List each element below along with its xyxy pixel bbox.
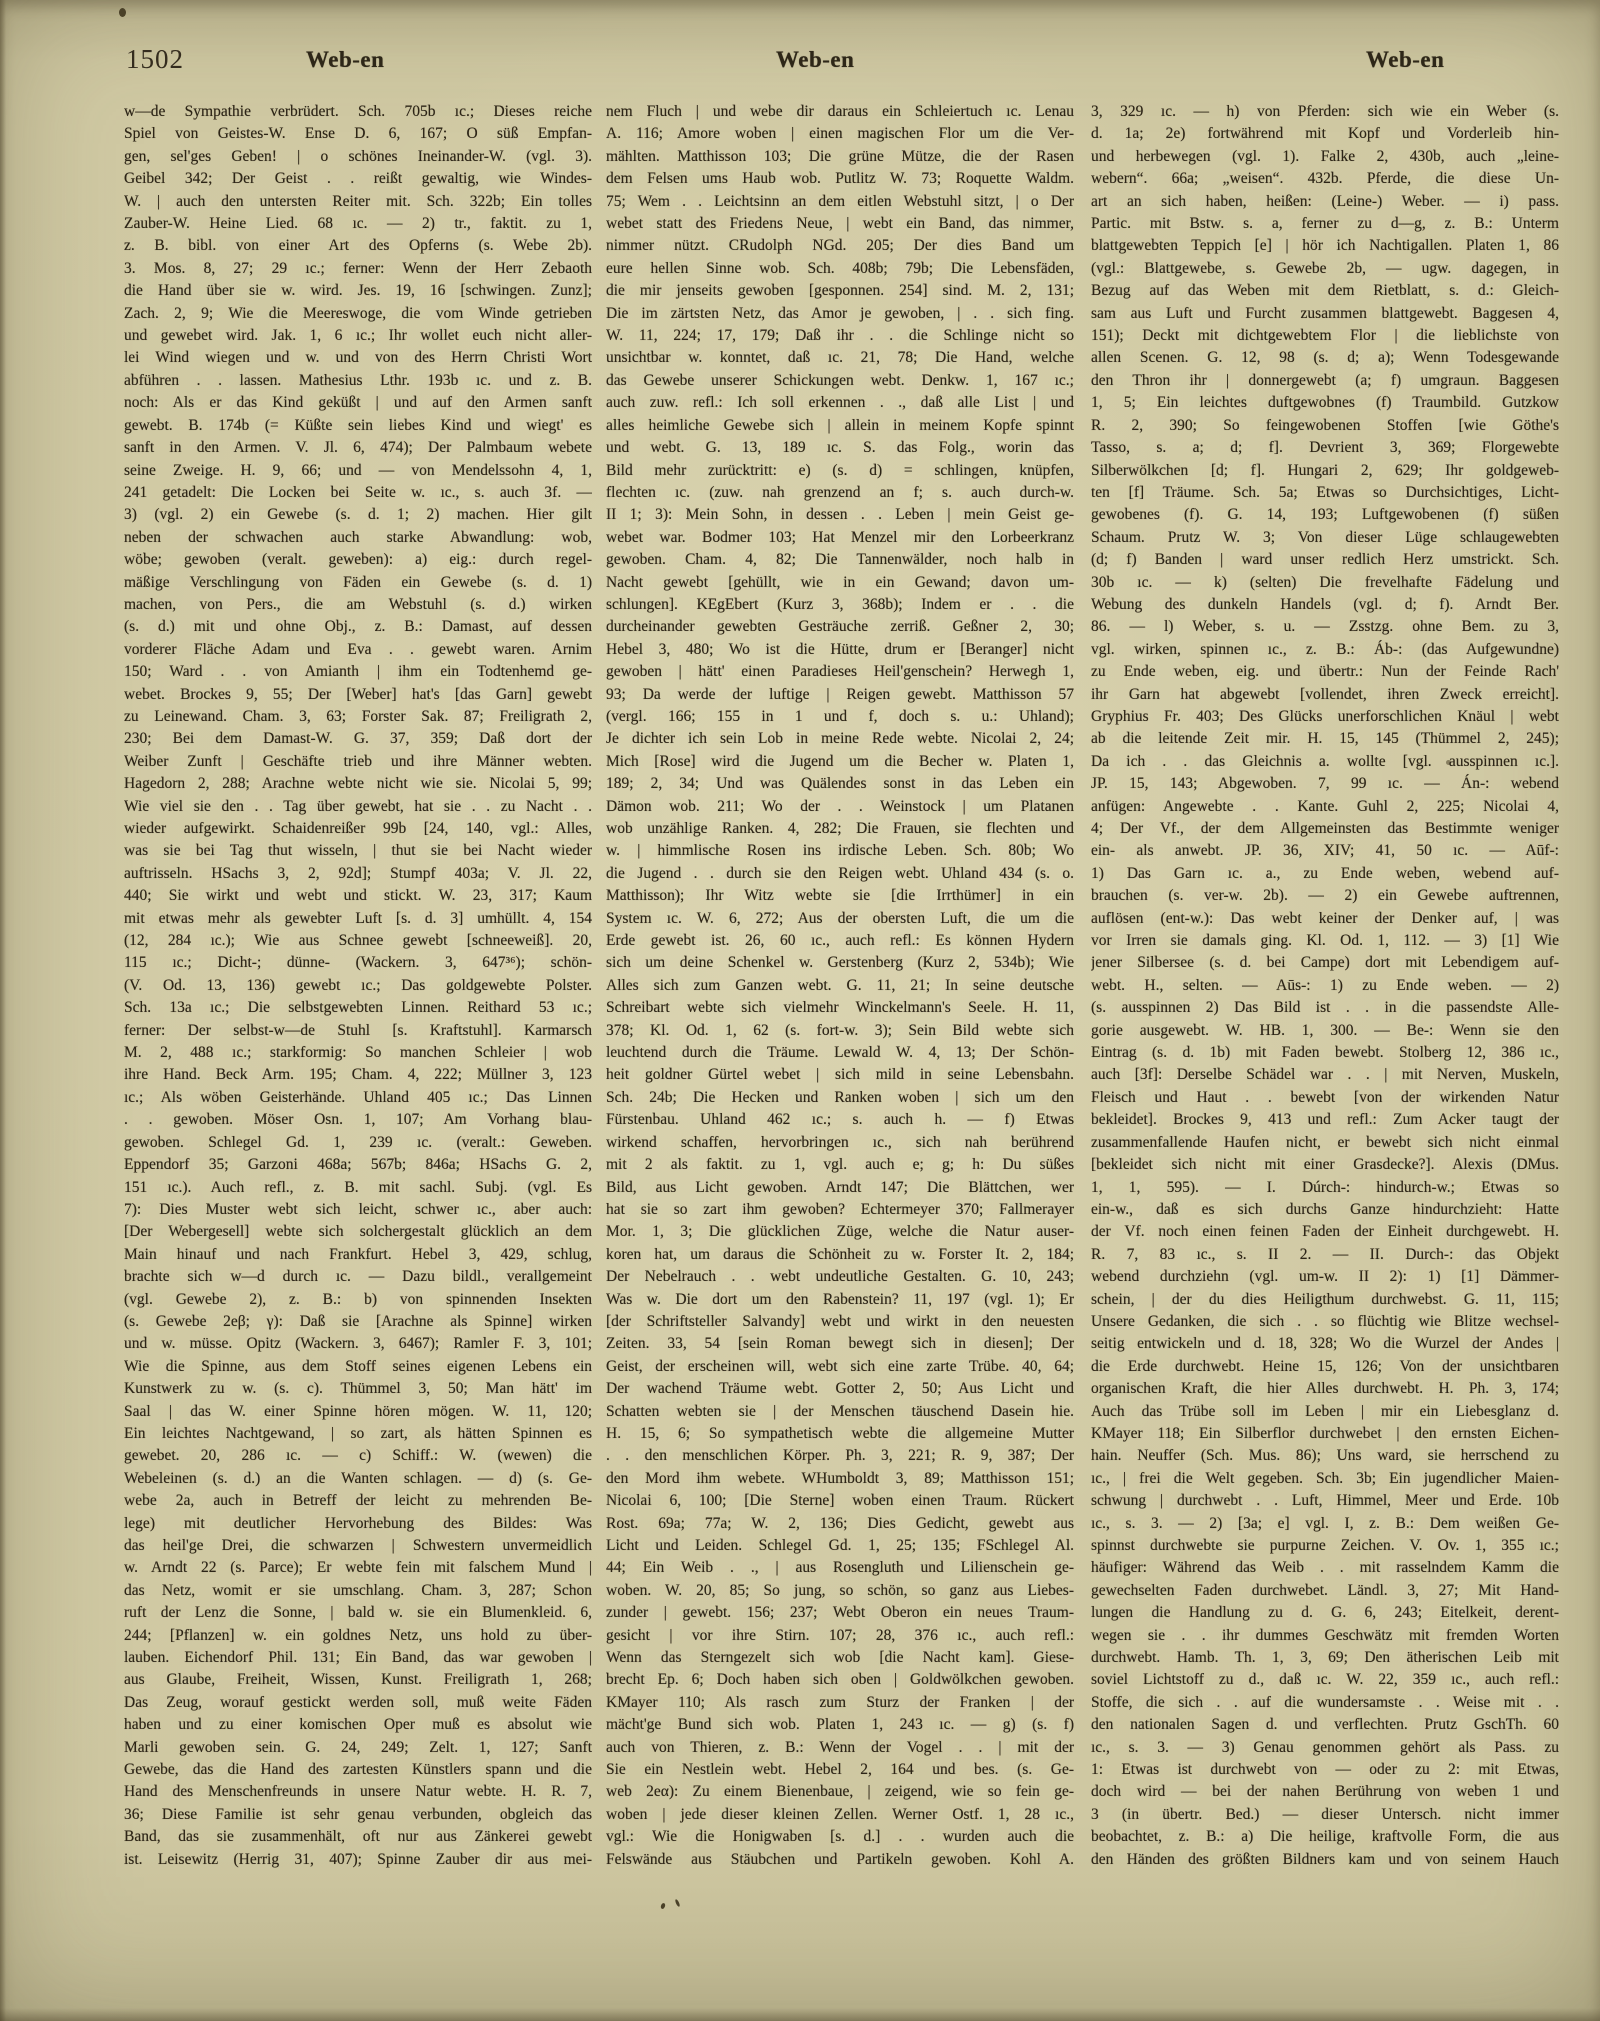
text-line: machen, von Pers., die am Webstuhl (s. d… bbox=[124, 594, 592, 616]
text-line: woben | jede dieser kleinen Zellen. Wern… bbox=[606, 1804, 1074, 1826]
text-line: (d; f) Banden | ward unser redlich Herz … bbox=[1091, 549, 1559, 571]
text-line: und gewebet wird. Jak. 1, 6 ıc.; Ihr wol… bbox=[124, 325, 592, 347]
text-line: sanft in den Armen. V. Jl. 6, 474); Der … bbox=[124, 437, 592, 459]
scan-speck bbox=[660, 1902, 666, 1909]
text-line: vorderer Fläche Adam und Eva . . gewebt … bbox=[124, 639, 592, 661]
text-line: z. B. bibl. von einer Art des Opferns (s… bbox=[124, 235, 592, 257]
text-line: dem Felsen ums Haub wob. Putlitz W. 73; … bbox=[606, 168, 1074, 190]
text-line: was sie bei Tag thut wisseln, | thut sie… bbox=[124, 840, 592, 862]
running-title-col3: Web-en bbox=[1366, 47, 1444, 73]
text-line: (s. Gewebe 2eβ; γ): Daß sie [Arachne als… bbox=[124, 1311, 592, 1333]
text-line: häufiger: Während das Weib . . mit rasse… bbox=[1091, 1557, 1559, 1579]
text-line: die Jugend . . durch sie den Reigen webt… bbox=[606, 863, 1074, 885]
text-line: koren hat, um daraus die Schönheit zu w.… bbox=[606, 1244, 1074, 1266]
text-line: Kunstwerk zu w. (s. c). Thümmel 3, 50; M… bbox=[124, 1378, 592, 1400]
text-line: 440; Sie wirkt und webt und stickt. W. 2… bbox=[124, 885, 592, 907]
text-line: allen Scenen. G. 12, 98 (s. d; a); Wenn … bbox=[1091, 347, 1559, 369]
text-line: Fürstenbau. Uhland 462 ıc.; s. auch h. —… bbox=[606, 1109, 1074, 1131]
text-line: Bezug auf das Weben mit dem Rietblatt, s… bbox=[1091, 280, 1559, 302]
text-line: mächt'ge Bund sich wob. Platen 1, 243 ıc… bbox=[606, 1714, 1074, 1736]
text-line: die Hand über sie w. wird. Jes. 19, 16 [… bbox=[124, 280, 592, 302]
text-line: 150; Ward . . von Amianth | ihm ein Todt… bbox=[124, 661, 592, 683]
text-line: sam aus Luft und Furcht zusammen blattge… bbox=[1091, 303, 1559, 325]
text-line: flechten ıc. (zuw. nah grenzend an f; s.… bbox=[606, 482, 1074, 504]
text-line: Sie ein Nestlein webt. Hebel 2, 164 und … bbox=[606, 1759, 1074, 1781]
text-line: heit goldner Gürtel webet | sich mild in… bbox=[606, 1064, 1074, 1086]
text-line: schein, | der du dies Heiligthum durchwe… bbox=[1091, 1289, 1559, 1311]
text-line: art an sich haben, heißen: (Leine-) Webe… bbox=[1091, 191, 1559, 213]
running-title-col2: Web-en bbox=[776, 47, 854, 73]
text-line: schwung | durchwebt . . Luft, Himmel, Me… bbox=[1091, 1490, 1559, 1512]
text-line: Wenn das Sterngezelt sich wob [die Nacht… bbox=[606, 1647, 1074, 1669]
text-line: auch [3f]: Derselbe Schädel war . . | mi… bbox=[1091, 1064, 1559, 1086]
text-line: 3, 329 ıc. — h) von Pferden: sich wie ei… bbox=[1091, 101, 1559, 123]
text-line: und webt. G. 13, 189 ıc. S. das Folg., w… bbox=[606, 437, 1074, 459]
text-line: leuchtend durch die Träume. Lewald W. 4,… bbox=[606, 1042, 1074, 1064]
text-line: vor Irren sie damals ging. Kl. Od. 1, 11… bbox=[1091, 930, 1559, 952]
text-line: 151); Deckt mit dichtgewebtem Flor | die… bbox=[1091, 325, 1559, 347]
scan-speck bbox=[674, 1899, 680, 1908]
text-line: durchwebt. Hamb. Th. 1, 3, 69; Den äther… bbox=[1091, 1647, 1559, 1669]
text-line: w. Arndt 22 (s. Parce); Er webte fein mi… bbox=[124, 1557, 592, 1579]
text-line: R. 2, 390; So feingewobenen Stoffen [wie… bbox=[1091, 415, 1559, 437]
text-line: 36; Diese Familie ist sehr genau verbund… bbox=[124, 1804, 592, 1826]
text-line: 93; Da werde der luftige | Reigen gewebt… bbox=[606, 684, 1074, 706]
text-line: mäßige Verschlingung von Fäden ein Geweb… bbox=[124, 572, 592, 594]
text-line: mit 2 als faktit. zu 1, vgl. auch e; g; … bbox=[606, 1154, 1074, 1176]
text-line: zu Leinewand. Cham. 3, 63; Forster Sak. … bbox=[124, 706, 592, 728]
text-line: abführen . . lassen. Mathesius Lthr. 193… bbox=[124, 370, 592, 392]
text-line: alles heimliche Gewebe sich | allein in … bbox=[606, 415, 1074, 437]
text-line: Dämon wob. 211; Wo der . . Weinstock | u… bbox=[606, 796, 1074, 818]
text-line: Gewebe, das die Hand des zartesten Künst… bbox=[124, 1759, 592, 1781]
text-line: [bekleidet sich nicht mit einer Grasdeck… bbox=[1091, 1154, 1559, 1176]
text-line: w. | himmlische Rosen ins irdische Leben… bbox=[606, 840, 1074, 862]
text-line: Sch. 13a ıc.; Die selbstgewebten Linnen.… bbox=[124, 997, 592, 1019]
text-line: Spiel von Geistes-W. Ense D. 6, 167; O s… bbox=[124, 123, 592, 145]
text-line: hain. Neuffer (Sch. Mus. 86); Uns ward, … bbox=[1091, 1445, 1559, 1467]
text-line: Schaum. Prutz W. 3; Von dieser Lüge schl… bbox=[1091, 527, 1559, 549]
text-line: zu Ende weben, eig. und übertr.: Nun der… bbox=[1091, 661, 1559, 683]
text-line: wirkend schaffen, hervorbringen ıc., sic… bbox=[606, 1132, 1074, 1154]
text-line: mit etwas mehr als gewebter Luft [s. d. … bbox=[124, 908, 592, 930]
text-column-3: 3, 329 ıc. — h) von Pferden: sich wie ei… bbox=[1091, 101, 1559, 1871]
text-line: gewoben | hätt' einen Paradieses Heil'ge… bbox=[606, 661, 1074, 683]
text-line: Felswände aus Stäubchen und Partikeln ge… bbox=[606, 1849, 1074, 1871]
text-line: 378; Kl. Od. 1, 62 (s. fort-w. 3); Sein … bbox=[606, 1020, 1074, 1042]
text-line: gewoben. Schlegel Gd. 1, 239 ıc. (veralt… bbox=[124, 1132, 592, 1154]
text-line: und w. müsse. Opitz (Wackern. 3, 6467); … bbox=[124, 1333, 592, 1355]
text-line: vgl. wirken, spinnen ıc., z. B.: Áb-: (d… bbox=[1091, 639, 1559, 661]
text-line: (s. d.) mit und ohne Obj., z. B.: Damast… bbox=[124, 616, 592, 638]
text-line: auftrisseln. HSachs 3, 2, 92d]; Stumpf 4… bbox=[124, 863, 592, 885]
text-line: Main hinauf und nach Frankfurt. Hebel 3,… bbox=[124, 1244, 592, 1266]
text-line: web 2eα): Zu einem Bienenbaue, | zeigend… bbox=[606, 1781, 1074, 1803]
scan-speck bbox=[119, 8, 126, 17]
text-line: doch wird — bei der nahen Berührung von … bbox=[1091, 1781, 1559, 1803]
text-line: Webeleinen (s. d.) an die Wanten schlage… bbox=[124, 1468, 592, 1490]
text-line: beobachtet, z. B.: a) Die heilige, kraft… bbox=[1091, 1826, 1559, 1848]
text-line: webend durchziehn (vgl. um-w. II 2): 1) … bbox=[1091, 1266, 1559, 1288]
text-line: (vgl.: Blattgewebe, s. Gewebe 2b, — ugw.… bbox=[1091, 258, 1559, 280]
text-line: Wie viel sie den . . Tag über gewebt, ha… bbox=[124, 796, 592, 818]
text-line: Auch das Trübe soll im Leben | mir ein L… bbox=[1091, 1401, 1559, 1423]
text-line: Bild mehr zurücktritt: e) (s. d) = schli… bbox=[606, 460, 1074, 482]
text-line: Hebel 3, 480; Wo ist die Hütte, drum er … bbox=[606, 639, 1074, 661]
text-line: Geibel 342; Der Geist . . reißt gewaltig… bbox=[124, 168, 592, 190]
text-line: . . den menschlichen Körper. Ph. 3, 221;… bbox=[606, 1445, 1074, 1467]
text-line: webet. Brockes 9, 55; Der [Weber] hat's … bbox=[124, 684, 592, 706]
text-line: Partic. mit Bstw. s. a, ferner zu d—g, z… bbox=[1091, 213, 1559, 235]
text-line: schlungen]. KEgEbert (Kurz 3, 368b); Ind… bbox=[606, 594, 1074, 616]
text-line: das Netz, womit er sie umschlang. Cham. … bbox=[124, 1580, 592, 1602]
text-line: Geist, der erscheinen will, webt sich ei… bbox=[606, 1356, 1074, 1378]
text-line: 3. Mos. 8, 27; 29 ıc.; ferner: Wenn der … bbox=[124, 258, 592, 280]
text-line: M. 2, 488 ıc.; starkformig: So manchen S… bbox=[124, 1042, 592, 1064]
text-line: anfügen: Angewebte . . Kante. Guhl 2, 22… bbox=[1091, 796, 1559, 818]
text-line: jener Silbersee (s. d. bei Campe) dort m… bbox=[1091, 952, 1559, 974]
text-line: Alles sich zum Ganzen webt. G. 11, 21; I… bbox=[606, 975, 1074, 997]
text-line: Weiber Zunft | Geschäfte trieb und ihre … bbox=[124, 751, 592, 773]
text-line: Das Zeug, worauf gestickt werden soll, m… bbox=[124, 1692, 592, 1714]
text-line: brauchen (s. ver-w. 2b). — 2) ein Gewebe… bbox=[1091, 885, 1559, 907]
text-line: 244; [Pflanzen] w. ein goldnes Netz, uns… bbox=[124, 1625, 592, 1647]
text-line: w—de Sympathie verbrüdert. Sch. 705b ıc.… bbox=[124, 101, 592, 123]
text-line: soviel Lichtstoff zu d., daß ıc. W. 22, … bbox=[1091, 1669, 1559, 1691]
text-line: gewebt. B. 174b (= Küßte sein liebes Kin… bbox=[124, 415, 592, 437]
text-line: Je dichter ich sein Lob in meine Rede we… bbox=[606, 728, 1074, 750]
text-line: ıc.; Als wöben Geisterhände. Uhland 405 … bbox=[124, 1087, 592, 1109]
text-line: Marli gewoben sein. G. 24, 249; Zelt. 1,… bbox=[124, 1737, 592, 1759]
text-line: Was w. Die dort um den Rabenstein? 11, 1… bbox=[606, 1289, 1074, 1311]
text-line: gewoben. Cham. 4, 82; Die Tannenwälder, … bbox=[606, 549, 1074, 571]
text-line: Silberwölkchen [d; f]. Hungari 2, 629; I… bbox=[1091, 460, 1559, 482]
text-line: Eintrag (s. d. 1b) mit Faden bewebt. Sto… bbox=[1091, 1042, 1559, 1064]
text-line: 3) (vgl. 2) ein Gewebe (s. d. 1; 2) mach… bbox=[124, 504, 592, 526]
text-column-2: nem Fluch | und webe dir daraus ein Schl… bbox=[606, 101, 1074, 1871]
text-line: [der Schriftsteller Salvandy] webt und w… bbox=[606, 1311, 1074, 1333]
text-line: das Gewebe unserer Schickungen webt. Den… bbox=[606, 370, 1074, 392]
text-line: 4; Der Vf., der dem Allgemeinsten das Be… bbox=[1091, 818, 1559, 840]
text-line: 1, 1, 595). — I. Dúrch-: hindurch-w.; Et… bbox=[1091, 1177, 1559, 1199]
text-line: gesicht | vor ihre Stirn. 107; 28, 376 ı… bbox=[606, 1625, 1074, 1647]
text-line: Licht und Leiden. Schlegel Gd. 1, 25; 13… bbox=[606, 1535, 1074, 1557]
text-line: gewebet. 20, 286 ıc. — c) Schiff.: W. (w… bbox=[124, 1445, 592, 1467]
text-line: das heil'ge Drei, die schwarzen | Schwes… bbox=[124, 1535, 592, 1557]
text-line: . . gewoben. Möser Osn. 1, 107; Am Vorha… bbox=[124, 1109, 592, 1131]
text-line: die Erde durchwebt. Heine 15, 126; Von d… bbox=[1091, 1356, 1559, 1378]
text-line: wegen sie . . ihr dummes Geschwätz mit f… bbox=[1091, 1625, 1559, 1647]
text-line: 230; Bei dem Damast-W. G. 37, 359; Daß d… bbox=[124, 728, 592, 750]
text-line: Hagedorn 2, 288; Arachne webte nicht wie… bbox=[124, 773, 592, 795]
text-line: d. 1a; 2e) fortwährend mit Kopf und Vord… bbox=[1091, 123, 1559, 145]
text-line: lungen die Handlung zu d. G. 6, 243; Eit… bbox=[1091, 1602, 1559, 1624]
text-line: Rost. 69a; 77a; W. 2, 136; Dies Gedicht,… bbox=[606, 1513, 1074, 1535]
text-line: H. 15, 6; So sympathetisch webte die all… bbox=[606, 1423, 1074, 1445]
text-line: 1) Das Garn ıc. a., zu Ende weben, weben… bbox=[1091, 863, 1559, 885]
text-line: bekleidet]. Brockes 9, 413 und refl.: Zu… bbox=[1091, 1109, 1559, 1131]
text-line: eure hellen Sinne wob. Sch. 408b; 79b; D… bbox=[606, 258, 1074, 280]
text-line: ein- als anwebt. JP. 36, XIV; 41, 50 ıc.… bbox=[1091, 840, 1559, 862]
text-line: spinnst durchwebte sie purpurne Zeichen.… bbox=[1091, 1535, 1559, 1557]
text-line: Mich [Rose] wird die Jugend um die Beche… bbox=[606, 751, 1074, 773]
text-line: woben. W. 20, 85; So jung, so schön, so … bbox=[606, 1580, 1074, 1602]
text-line: seitig entwickeln und d. 18, 328; Wo die… bbox=[1091, 1333, 1559, 1355]
text-line: Zauber-W. Heine Lied. 68 ıc. — 2) tr., f… bbox=[124, 213, 592, 235]
text-line: wieder aufgewirkt. Schaidenreißer 99b [2… bbox=[124, 818, 592, 840]
text-line: den Mord ihm webete. WHumboldt 3, 89; Ma… bbox=[606, 1468, 1074, 1490]
text-line: (vergl. 166; 155 in 1 und f, doch s. u.:… bbox=[606, 706, 1074, 728]
text-line: Fleisch und Haut . . bewebt [von der wir… bbox=[1091, 1087, 1559, 1109]
text-line: A. 116; Amore woben | einen magischen Fl… bbox=[606, 123, 1074, 145]
text-line: unsichtbar w. konntet, daß ıc. 21, 78; D… bbox=[606, 347, 1074, 369]
text-line: Da ich . . das Gleichnis a. wollte [vgl.… bbox=[1091, 751, 1559, 773]
text-line: gorie ausgewebt. W. HB. 1, 300. — Be-: W… bbox=[1091, 1020, 1559, 1042]
text-line: ihr Garn hat abgewebt [vollendet, ihren … bbox=[1091, 684, 1559, 706]
text-line: ıc., s. 3. — 2) [3a; e] vgl. I, z. B.: D… bbox=[1091, 1513, 1559, 1535]
text-line: zusammenfallende Haufen nicht, er bewebt… bbox=[1091, 1132, 1559, 1154]
text-column-1: w—de Sympathie verbrüdert. Sch. 705b ıc.… bbox=[124, 101, 592, 1871]
text-line: 1: Etwas ist durchwebt von — oder zu 2: … bbox=[1091, 1759, 1559, 1781]
text-line: Sch. 24b; Die Hecken und Ranken woben | … bbox=[606, 1087, 1074, 1109]
scan-edge-shadow-bottom bbox=[0, 2008, 1600, 2021]
text-line: 86. — l) Weber, s. u. — Zsstzg. ohne Bem… bbox=[1091, 616, 1559, 638]
text-line: Nicolai 6, 100; [Die Sterne] woben einen… bbox=[606, 1490, 1074, 1512]
text-line: Zeiten. 33, 54 [sein Roman bewegt sich i… bbox=[606, 1333, 1074, 1355]
text-line: Bild, aus Licht gewoben. Arndt 147; Die … bbox=[606, 1177, 1074, 1199]
text-line: neben der schwachen auch starke Abwandlu… bbox=[124, 527, 592, 549]
scan-edge-shadow-left bbox=[0, 0, 6, 2021]
text-line: den nationalen Sagen d. und verflechten.… bbox=[1091, 1714, 1559, 1736]
text-line: Wie die Spinne, aus dem Stoff seines eig… bbox=[124, 1356, 592, 1378]
text-line: wob unzählige Ranken. 4, 282; Die Frauen… bbox=[606, 818, 1074, 840]
text-line: Erde gewebt ist. 26, 60 ıc., auch refl.:… bbox=[606, 930, 1074, 952]
text-line: Der wachend Träume webt. Gotter 2, 50; A… bbox=[606, 1378, 1074, 1400]
text-line: System ıc. W. 6, 272; Aus der obersten L… bbox=[606, 908, 1074, 930]
text-line: (vgl. Gewebe 2), z. B.: b) von spinnende… bbox=[124, 1289, 592, 1311]
text-line: ein-w., daß es sich durchs Ganze hindurc… bbox=[1091, 1199, 1559, 1221]
text-line: 30b ıc. — k) (selten) Die frevelhafte Fä… bbox=[1091, 572, 1559, 594]
text-line: sich um deine Schenkel w. Gerstenberg (K… bbox=[606, 952, 1074, 974]
text-line: lei Wind wiegen und w. und von des Herrn… bbox=[124, 347, 592, 369]
text-line: noch: Als er das Kind geküßt | und auf d… bbox=[124, 392, 592, 414]
text-line: brecht Ep. 6; Doch haben sich oben | Gol… bbox=[606, 1669, 1074, 1691]
text-line: nimmer nützt. CRudolph NGd. 205; Der die… bbox=[606, 235, 1074, 257]
text-line: den Händen des größten Bildners kam und … bbox=[1091, 1849, 1559, 1871]
text-line: blattgewebten Teppich [e] | hör ich Nach… bbox=[1091, 235, 1559, 257]
text-line: 44; Ein Weib . ., | aus Rosengluth und L… bbox=[606, 1557, 1074, 1579]
text-line: (12, 284 ıc.); Wie aus Schnee gewebt [sc… bbox=[124, 930, 592, 952]
text-line: Schatten webten sie | der Menschen täusc… bbox=[606, 1401, 1074, 1423]
text-line: ihre Hand. Beck Arm. 195; Cham. 4, 222; … bbox=[124, 1064, 592, 1086]
text-line: Nacht gewebt [gehüllt, wie in ein Gewand… bbox=[606, 572, 1074, 594]
text-line: Stoffe, die sich . . auf die wundersamst… bbox=[1091, 1692, 1559, 1714]
text-line: und herbewegen (vgl. 1). Falke 2, 430b, … bbox=[1091, 146, 1559, 168]
text-line: II 1; 3): Mein Sohn, in dessen . . Leben… bbox=[606, 504, 1074, 526]
text-line: durcheinander gewebten Gesträuche zerriß… bbox=[606, 616, 1074, 638]
text-line: Eppendorf 35; Garzoni 468a; 567b; 846a; … bbox=[124, 1154, 592, 1176]
text-line: Die im zärtsten Netz, das Amor je gewobe… bbox=[606, 303, 1074, 325]
text-line: Unsere Gedanken, die sich . . so flüchti… bbox=[1091, 1311, 1559, 1333]
text-line: die mir jenseits gewoben [gesponnen. 254… bbox=[606, 280, 1074, 302]
text-line: seine Zweige. H. 9, 66; und — von Mendel… bbox=[124, 460, 592, 482]
text-line: gewobenes (f). G. 14, 193; Luftgewobenen… bbox=[1091, 504, 1559, 526]
text-line: Der Nebelrauch . . webt undeutliche Gest… bbox=[606, 1266, 1074, 1288]
text-line: 1, 5; Ein leichtes duftgewobnes (f) Trau… bbox=[1091, 392, 1559, 414]
text-line: 241 getadelt: Die Locken bei Seite w. ıc… bbox=[124, 482, 592, 504]
text-line: Saal | das W. einer Spinne hören mögen. … bbox=[124, 1401, 592, 1423]
text-line: webet statt des Friedens Neue, | webt ei… bbox=[606, 213, 1074, 235]
text-line: lauben. Eichendorf Phil. 131; Ein Band, … bbox=[124, 1647, 592, 1669]
text-line: brachte sich w—d durch ıc. — Dazu bildl.… bbox=[124, 1266, 592, 1288]
text-line: webe 2a, auch in Betreff der leicht zu m… bbox=[124, 1490, 592, 1512]
text-line: ferner: Der selbst-w—de Stuhl [s. Krafts… bbox=[124, 1020, 592, 1042]
text-line: auflösen (ent-w.): Das webt keiner der D… bbox=[1091, 908, 1559, 930]
text-line: KMayer 118; Ein Silberflor durchwebet | … bbox=[1091, 1423, 1559, 1445]
text-line: Zach. 2, 9; Wie die Meereswoge, die vom … bbox=[124, 303, 592, 325]
text-line: gewechselten Faden durchwebet. Ländl. 3,… bbox=[1091, 1580, 1559, 1602]
text-line: R. 7, 83 ıc., s. II 2. — II. Durch-: das… bbox=[1091, 1244, 1559, 1266]
text-line: KMayer 110; Als rasch zum Sturz der Fran… bbox=[606, 1692, 1074, 1714]
text-line: auch zuw. refl.: Ich soll erkennen . ., … bbox=[606, 392, 1074, 414]
text-line: Band, das sie zusammenhält, oft nur aus … bbox=[124, 1826, 592, 1848]
text-line: W. 11, 224; 17, 179; Daß ihr . . die Sch… bbox=[606, 325, 1074, 347]
text-line: webern“. 66a; „weisen“. 432b. Pferde, di… bbox=[1091, 168, 1559, 190]
text-line: nem Fluch | und webe dir daraus ein Schl… bbox=[606, 101, 1074, 123]
text-line: ıc., | frei die Welt gegeben. Sch. 3b; E… bbox=[1091, 1468, 1559, 1490]
text-line: (V. Od. 13, 136) gewebt ıc.; Das goldgew… bbox=[124, 975, 592, 997]
text-line: Hand des Menschenfreunds in unsere Natur… bbox=[124, 1781, 592, 1803]
text-line: 75; Wem . . Leichtsinn an dem eitlen Web… bbox=[606, 191, 1074, 213]
text-line: W. | auch den untersten Reiter mit. Sch.… bbox=[124, 191, 592, 213]
text-line: Matthisson); Ihr Witz webte sie [die Irr… bbox=[606, 885, 1074, 907]
text-line: Webung des dunkeln Handels (vgl. d; f). … bbox=[1091, 594, 1559, 616]
text-line: ıc., s. 3. — 3) Genau genommen gehört al… bbox=[1091, 1737, 1559, 1759]
text-line: mählten. Matthisson 103; Die grüne Mütze… bbox=[606, 146, 1074, 168]
text-line: vgl.: Wie die Honigwaben [s. d.] . . wur… bbox=[606, 1826, 1074, 1848]
text-line: Ein leichtes Nachtgewand, | so zart, als… bbox=[124, 1423, 592, 1445]
text-line: 7): Dies Muster webt sich leicht, schwer… bbox=[124, 1199, 592, 1221]
text-line: Mor. 1, 3; Die glücklichen Züge, welche … bbox=[606, 1221, 1074, 1243]
text-line: 3 (in übertr. Bed.) — dieser Untersch. n… bbox=[1091, 1804, 1559, 1826]
page-number: 1502 bbox=[126, 44, 184, 75]
text-line: (s. ausspinnen 2) Das Bild ist . . in di… bbox=[1091, 997, 1559, 1019]
text-line: JP. 15, 143; Abgewoben. 7, 99 ıc. — Án-:… bbox=[1091, 773, 1559, 795]
text-line: ruft der Lenz die Sonne, | bald w. sie e… bbox=[124, 1602, 592, 1624]
text-line: organischen Kraft, die hier Alles durchw… bbox=[1091, 1378, 1559, 1400]
text-line: aus Glaube, Freiheit, Wissen, Kunst. Fre… bbox=[124, 1669, 592, 1691]
text-line: hat sie so zart ihm gewoben? Echtermeyer… bbox=[606, 1199, 1074, 1221]
text-line: auch von Thieren, z. B.: Wenn der Vogel … bbox=[606, 1737, 1074, 1759]
text-line: Schreibart webte sich vielmehr Winckelma… bbox=[606, 997, 1074, 1019]
text-line: 151 ıc.). Auch refl., z. B. mit sachl. S… bbox=[124, 1177, 592, 1199]
text-line: zunder | gewebt. 156; 237; Webt Oberon e… bbox=[606, 1602, 1074, 1624]
text-line: Gryphius Fr. 403; Des Glücks unerforschl… bbox=[1091, 706, 1559, 728]
text-line: ten [f] Träume. Sch. 5a; Etwas so Durchs… bbox=[1091, 482, 1559, 504]
running-title-col1: Web-en bbox=[306, 47, 384, 73]
dictionary-page-scan: 1502 Web-en Web-en Web-en w—de Sympathie… bbox=[0, 0, 1600, 2021]
text-line: [Der Webergesell] webte sich solchergest… bbox=[124, 1221, 592, 1243]
text-line: ist. Leisewitz (Herrig 31, 407); Spinne … bbox=[124, 1849, 592, 1871]
text-line: gen, sel'ges Geben! | o schönes Ineinand… bbox=[124, 146, 592, 168]
text-line: haben und zu einer komischen Oper muß es… bbox=[124, 1714, 592, 1736]
text-line: lege) mit deutlicher Hervorhebung des Bi… bbox=[124, 1513, 592, 1535]
text-line: der Vf. noch einen feinen Faden der Einh… bbox=[1091, 1221, 1559, 1243]
text-line: webet war. Bodmer 103; Hat Menzel mir de… bbox=[606, 527, 1074, 549]
text-line: 189; 2, 34; Und was Quälendes sonst in d… bbox=[606, 773, 1074, 795]
text-line: ab die leitende Zeit mir. H. 15, 145 (Th… bbox=[1091, 728, 1559, 750]
text-line: webt. H., selten. — Aūs-: 1) zu Ende web… bbox=[1091, 975, 1559, 997]
text-line: 115 ıc.; Dicht-; dünne- (Wackern. 3, 647… bbox=[124, 952, 592, 974]
text-line: Tasso, s. a; d; f]. Devrient 3, 369; Flo… bbox=[1091, 437, 1559, 459]
text-line: wöbe; gewoben (veralt. geweben): a) eig.… bbox=[124, 549, 592, 571]
text-line: den Thron ihr | donnergewebt (a; f) umgr… bbox=[1091, 370, 1559, 392]
